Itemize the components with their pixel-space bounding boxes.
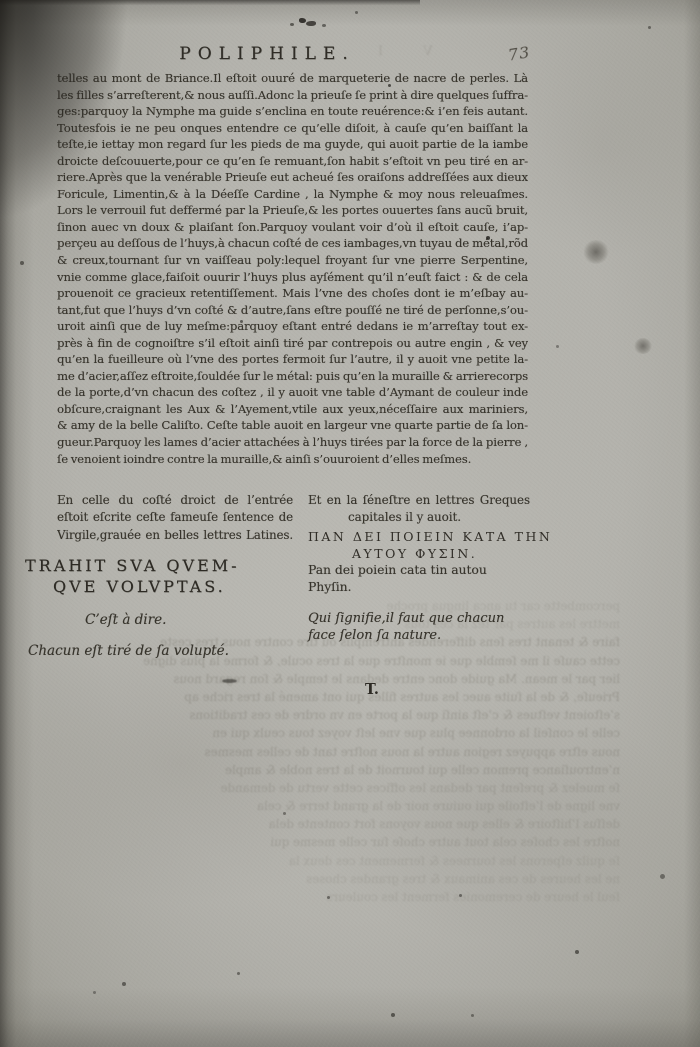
ink-speck xyxy=(306,21,316,26)
book-page-scan: V I percombette car tu anca lingua proch… xyxy=(0,0,700,1047)
body-line: qu’en la fueilleure où l’vne des portes … xyxy=(57,351,528,368)
left-intro-line: eſtoit eſcrite ceſte fameuſe ſentence de xyxy=(57,509,293,526)
ink-speck xyxy=(93,991,96,994)
bleedthrough-line: lier par le mean. Ma guide donc entre de… xyxy=(58,670,620,688)
latin-motto-line: TRAHIT SVA QVEM- xyxy=(25,556,240,575)
paper-stain xyxy=(583,240,609,264)
ink-smudge xyxy=(222,679,237,683)
bleedthrough-line: vne ligne de l’eſtoile qui ouiure noir d… xyxy=(58,797,620,815)
right-intro-line: Et en la ſéneſtre en lettres Greques xyxy=(308,492,530,509)
greek-inscription-line: ΑΥΤΟΥ ΦΥΣΙΝ. xyxy=(352,546,477,561)
body-line: ſe venoient ioindre contre la muraille,&… xyxy=(57,451,528,468)
paper-stain xyxy=(634,338,652,354)
binding-gutter-shadow xyxy=(0,0,34,1047)
greek-transliteration-line: Phyſin. xyxy=(308,580,351,594)
left-intro-line: Virgile,grauée en belles lettres Latines… xyxy=(57,527,293,544)
ink-speck xyxy=(486,236,490,240)
ink-speck xyxy=(556,345,559,348)
ink-speck xyxy=(575,950,579,954)
body-line: près à fin de cognoiſtre s’il eſtoit ain… xyxy=(57,335,528,352)
french-translation-greek-line: Qui ſignifie,il faut que chacun xyxy=(308,611,504,626)
body-line: obſcure,craignant les Aux & l’Ayement,vt… xyxy=(57,401,528,418)
bleedthrough-line: noſtre les choſes cela tout autre choſe … xyxy=(58,833,620,851)
right-column-intro: Et en la ſéneſtre en lettres Greques cap… xyxy=(308,492,530,526)
ink-speck xyxy=(459,894,462,897)
handwritten-page-number: 73 xyxy=(507,42,532,64)
bleedthrough-line: celle le conſeil la ordonnee plus que vn… xyxy=(58,724,620,742)
ink-speck xyxy=(648,26,651,29)
ink-speck xyxy=(355,11,358,14)
ink-speck xyxy=(283,812,286,815)
body-line: me d’acier,aſſez eſtroite,ſouldée ſur le… xyxy=(57,368,528,385)
bleedthrough-line: s’eſtoient veſtues & c’eſt ainſi que la … xyxy=(58,706,620,724)
body-line: de la porte,d’vn chacun des coſtez , il … xyxy=(57,384,528,401)
ink-speck xyxy=(322,24,326,27)
bleedthrough-line: nous eſtre appuyez region autre la nous … xyxy=(58,743,620,761)
scan-top-edge xyxy=(0,0,420,6)
bleedthrough-line: deſſus l’hiſtoire & elles que nous voyon… xyxy=(58,815,620,833)
bleedthrough-line: ſeul le heure de ceremonies ferment les … xyxy=(58,888,620,906)
bleedthrough-line: ne les heures de ces animaux & tres gran… xyxy=(58,870,620,888)
signature-mark: T. xyxy=(365,681,379,698)
ink-speck xyxy=(237,972,240,975)
bleedthrough-line: Prieuſe, & de la ſuite auec les autres f… xyxy=(58,688,620,706)
ink-speck xyxy=(299,18,306,23)
latin-motto-line: QVE VOLVPTAS. xyxy=(53,577,226,596)
greek-inscription-line: ΠΑΝ ΔΕΙ ΠΟΙΕΙΝ ΚΑΤΑ ΤΗΝ xyxy=(308,529,552,544)
ink-speck xyxy=(122,982,126,986)
ink-speck xyxy=(240,320,243,323)
ink-speck xyxy=(660,874,665,879)
greek-transliteration-line: Pan dei poiein cata tin autou xyxy=(308,563,487,577)
left-intro-line: En celle du coſté droict de l’entrée xyxy=(57,492,293,509)
body-line: & amy de la belle Caliſto. Ceſte table a… xyxy=(57,417,528,434)
bleedthrough-line: n’entrouſiance premon celle qui tournoit… xyxy=(58,761,620,779)
left-column-intro: En celle du coſté droict de l’entrée eſt… xyxy=(57,492,293,544)
translation-cue: C’eſt à dire. xyxy=(85,612,166,628)
right-intro-line: capitales il y auoit. xyxy=(348,509,530,526)
bleedthrough-line: ſe quilz eſperons les tournees & fermeme… xyxy=(58,852,620,870)
french-translation-latin: Chacun eſt tiré de ſa volupté. xyxy=(28,643,229,659)
ink-speck xyxy=(388,84,391,87)
body-line: gueur.Parquoy les lames d’acier attachée… xyxy=(57,434,528,451)
ink-speck xyxy=(290,23,294,26)
ink-speck xyxy=(471,1014,474,1017)
ink-speck xyxy=(391,1013,395,1017)
ink-speck xyxy=(327,896,330,899)
french-translation-greek-line: face ſelon ſa nature. xyxy=(308,628,441,643)
bleedthrough-line: ſe muelez & preſent par dedans les offic… xyxy=(58,779,620,797)
